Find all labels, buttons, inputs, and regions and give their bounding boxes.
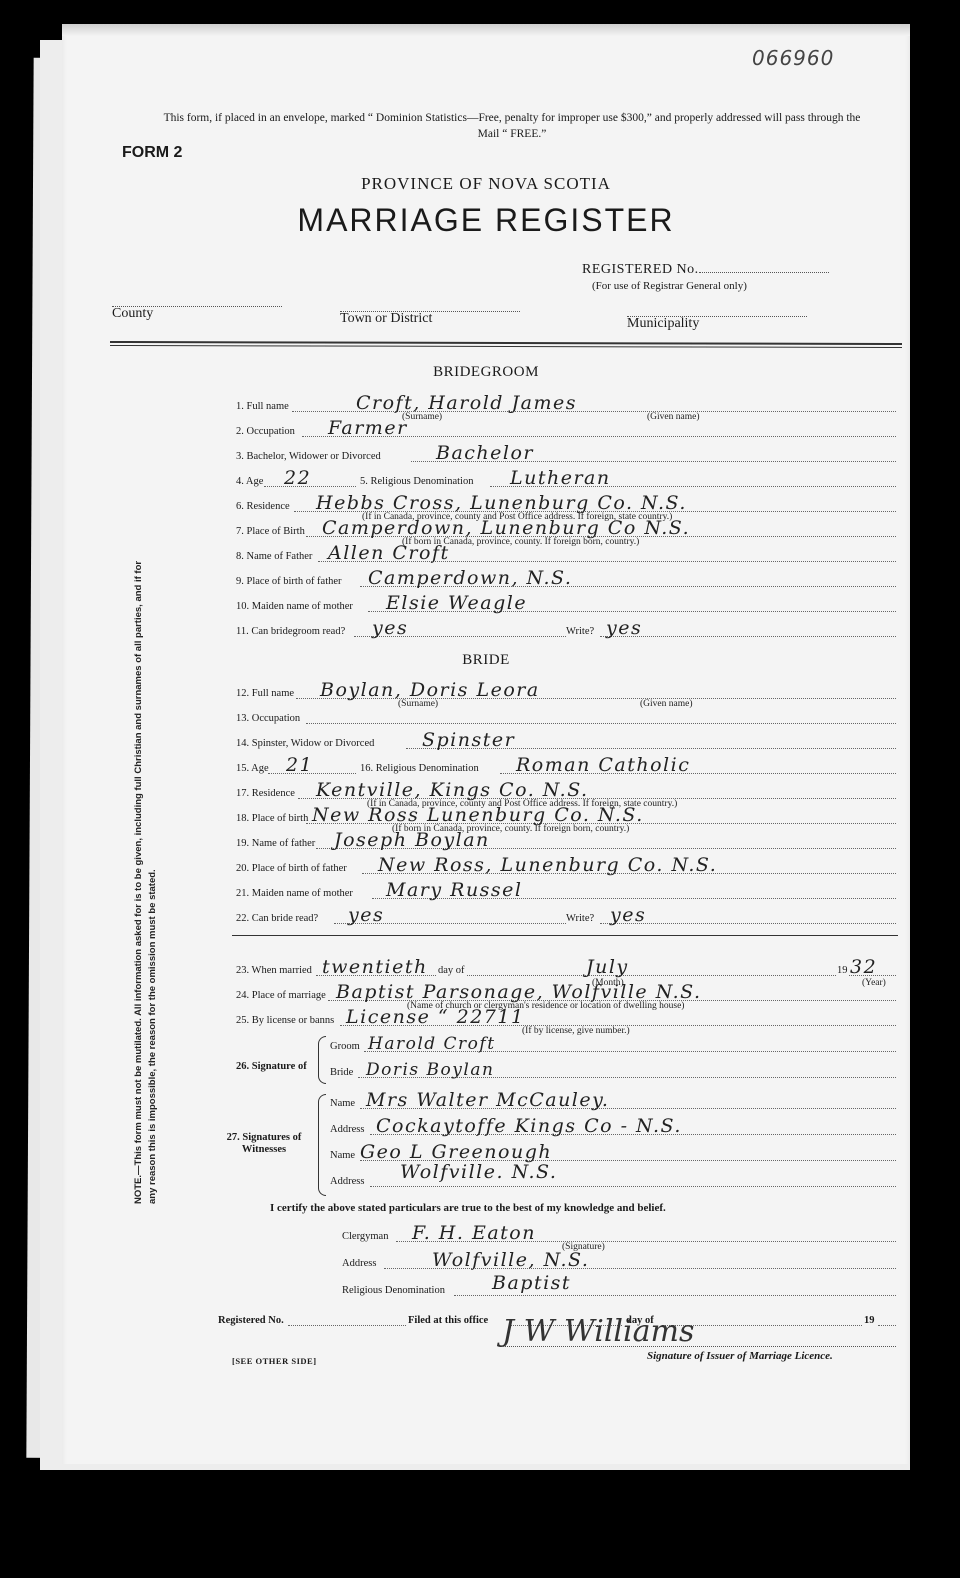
bride-mother-maiden-name-field[interactable]: 21. Maiden name of mother Mary Russel — [236, 879, 896, 901]
issuer-caption: Signature of Issuer of Marriage Licence. — [647, 1350, 833, 1362]
bride-birthplace-field[interactable]: 18. Place of birth New Ross Lunenburg Co… — [236, 804, 896, 826]
groom-marital-status-field[interactable]: 3. Bachelor, Widower or Divorced Bachelo… — [236, 442, 896, 464]
bride-residence-field[interactable]: 17. Residence Kentville, Kings Co. N.S. — [236, 779, 896, 801]
clergyman-address-field[interactable]: Address Wolfville, N.S. — [342, 1249, 896, 1271]
postal-note: This form, if placed in an envelope, mar… — [162, 110, 862, 142]
when-married-field[interactable]: 23. When married twentieth day of July 1… — [236, 956, 896, 978]
groom-mother-maiden-name-field[interactable]: 10. Maiden name of mother Elsie Weagle — [236, 592, 896, 614]
bridegroom-heading: BRIDEGROOM — [62, 364, 910, 381]
bride-occupation-field[interactable]: 13. Occupation — [236, 704, 896, 726]
bride-full-name-field[interactable]: 12. Full name Boylan, Doris Leora — [236, 679, 896, 701]
issuer-signature-line — [502, 1346, 896, 1347]
bride-religion-field[interactable]: 16. Religious Denomination Roman Catholi… — [360, 754, 896, 776]
witnesses-label: 27. Signatures of Witnesses — [212, 1132, 316, 1156]
groom-signature-field[interactable]: Groom Harold Croft — [330, 1032, 896, 1054]
issuer-signature: J W Williams — [502, 1314, 694, 1349]
bride-age-field[interactable]: 15. Age 21 — [236, 754, 356, 776]
groom-can-read-field[interactable]: 11. Can bridegroom read? yes — [236, 617, 566, 639]
signatures-label: 26. Signature of — [236, 1061, 322, 1073]
witness-2-address-field[interactable]: Address Wolfville. N.S. — [330, 1167, 896, 1189]
witness-2-name-field[interactable]: Name Geo L Greenough — [330, 1141, 896, 1163]
witness-1-name-field[interactable]: Name Mrs Walter McCauley. — [330, 1089, 896, 1111]
witnesses-bracket — [318, 1094, 326, 1196]
see-other-side-note: [SEE OTHER SIDE] — [232, 1356, 317, 1366]
registered-no-label: REGISTERED No. — [582, 262, 829, 278]
section-divider — [232, 935, 898, 936]
marriage-register-form: 066960 This form, if placed in an envelo… — [62, 24, 910, 1464]
groom-birthplace-field[interactable]: 7. Place of Birth Camperdown, Lunenburg … — [236, 517, 896, 539]
license-or-banns-field[interactable]: 25. By license or banns License “ 22711 — [236, 1006, 896, 1028]
groom-full-name-field[interactable]: 1. Full name Croft, Harold James — [236, 392, 896, 414]
groom-age-field[interactable]: 4. Age 22 — [236, 467, 356, 489]
form-number: FORM 2 — [122, 144, 182, 162]
groom-father-name-field[interactable]: 8. Name of Father Allen Croft — [236, 542, 896, 564]
bride-heading: BRIDE — [62, 652, 910, 669]
archive-number: 066960 — [752, 46, 834, 70]
province-heading: PROVINCE OF NOVA SCOTIA — [62, 174, 910, 194]
bride-signature-field[interactable]: Bride Doris Boylan — [330, 1058, 896, 1080]
bride-can-read-field[interactable]: 22. Can bride read? yes — [236, 904, 566, 926]
certification-statement: I certify the above stated particulars a… — [270, 1202, 666, 1214]
signatures-bracket — [318, 1036, 326, 1084]
bride-father-name-field[interactable]: 19. Name of father Joseph Boylan — [236, 829, 896, 851]
bride-marital-status-field[interactable]: 14. Spinster, Widow or Divorced Spinster — [236, 729, 896, 751]
groom-father-birthplace-field[interactable]: 9. Place of birth of father Camperdown, … — [236, 567, 896, 589]
bride-can-write-field[interactable]: Write? yes — [566, 904, 896, 926]
clergyman-signature-field[interactable]: Clergyman F. H. Eaton — [342, 1222, 896, 1244]
groom-religion-field[interactable]: 5. Religious Denomination Lutheran — [360, 467, 896, 489]
witness-1-address-field[interactable]: Address Cockaytoffe Kings Co - N.S. — [330, 1115, 896, 1137]
groom-occupation-field[interactable]: 2. Occupation Farmer — [236, 417, 896, 439]
registered-no-note: (For use of Registrar General only) — [592, 280, 747, 292]
side-note: NOTE.—This form must not be mutilated. A… — [132, 544, 160, 1204]
place-of-marriage-field[interactable]: 24. Place of marriage Baptist Parsonage,… — [236, 981, 896, 1003]
groom-can-write-field[interactable]: Write? yes — [566, 617, 896, 639]
header-divider — [110, 341, 902, 348]
bride-father-birthplace-field[interactable]: 20. Place of birth of father New Ross, L… — [236, 854, 896, 876]
clergyman-denomination-field[interactable]: Religious Denomination Baptist — [342, 1276, 896, 1298]
groom-residence-field[interactable]: 6. Residence Hebbs Cross, Lunenburg Co. … — [236, 492, 896, 514]
page-title: MARRIAGE REGISTER — [62, 202, 910, 239]
